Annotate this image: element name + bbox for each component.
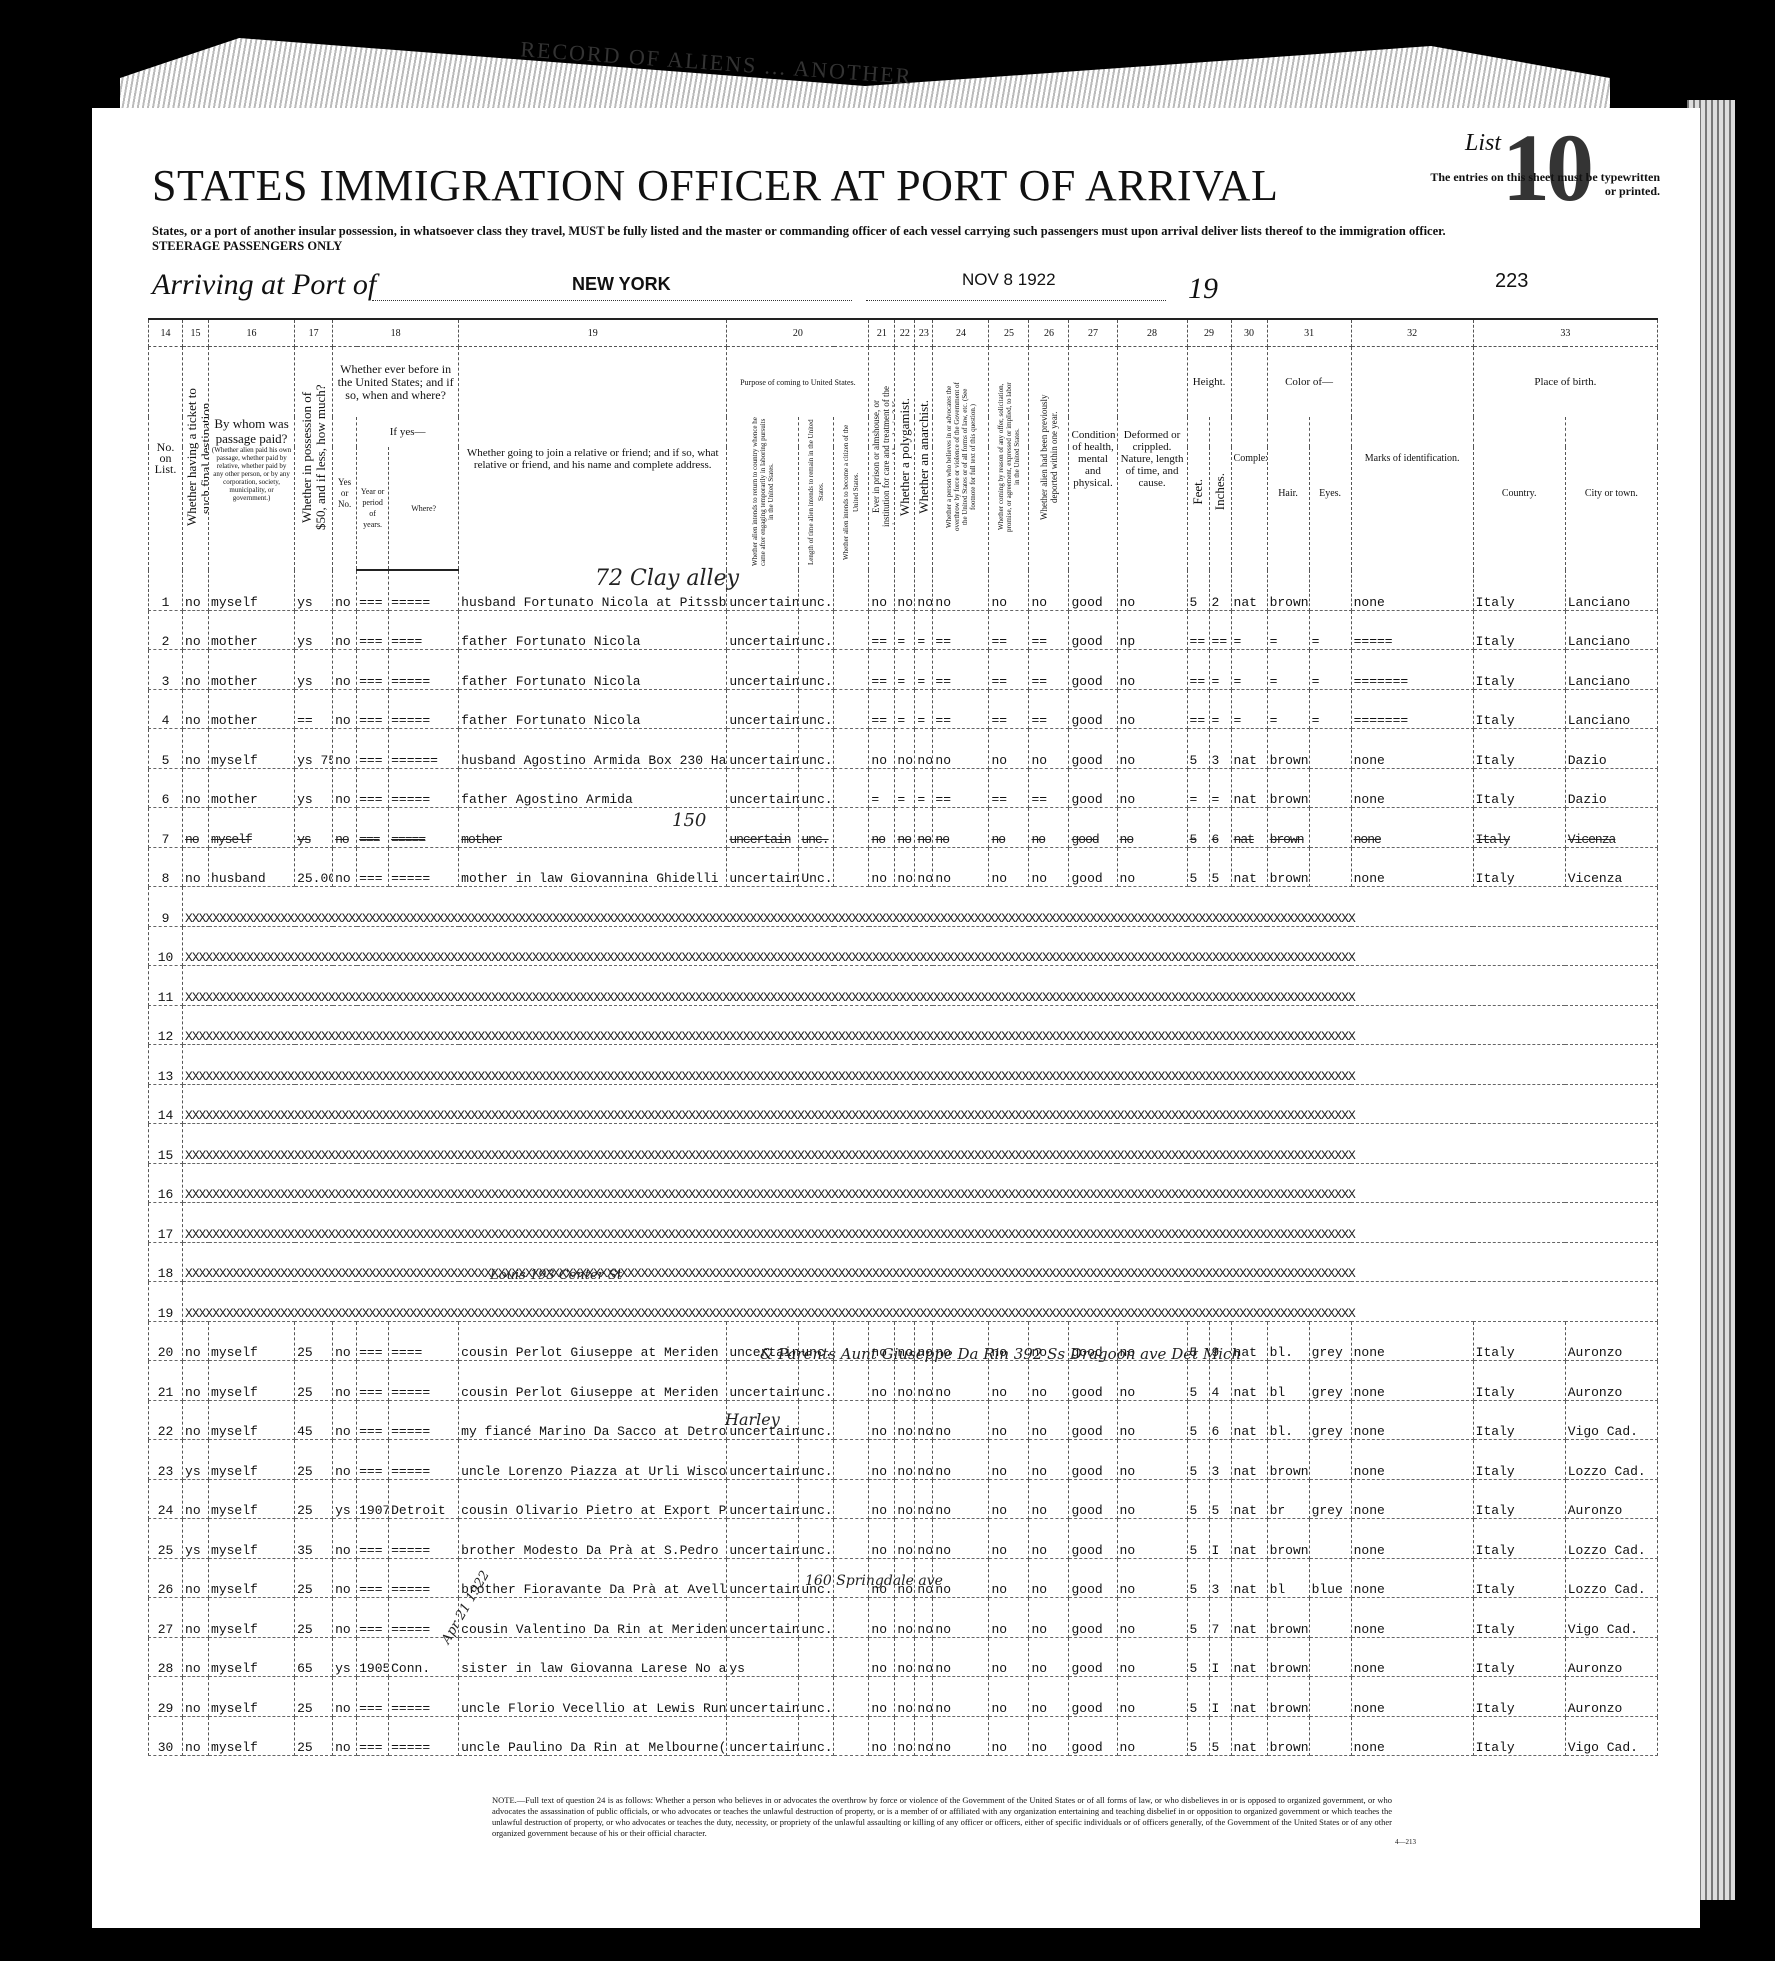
cell-eye-color: grey bbox=[1309, 1479, 1351, 1519]
cell-prison: == bbox=[869, 610, 895, 650]
cell-eye-color bbox=[1309, 1440, 1351, 1480]
cell-birth-country: Italy bbox=[1473, 808, 1565, 848]
table-row: 23ysmyself25no========uncle Lorenzo Piaz… bbox=[149, 1440, 1658, 1480]
row-number: 26 bbox=[149, 1558, 183, 1598]
cell-complexion: nat bbox=[1231, 1400, 1267, 1440]
header-length-of-stay: Length of time alien intends to remain i… bbox=[799, 417, 834, 570]
colnum-22: 22 bbox=[895, 319, 915, 347]
cell-height-feet: 5 bbox=[1187, 1637, 1209, 1677]
cell-birth-city: Lanciano bbox=[1565, 689, 1657, 729]
cell-deported: no bbox=[1029, 1519, 1069, 1559]
cell-join-relative: uncle Paulino Da Rin at Melbourne(Detroi… bbox=[459, 1716, 727, 1756]
row-number: 1 bbox=[149, 570, 183, 610]
blank-row-fill: XXXXXXXXXXXXXXXXXXXXXXXXXXXXXXXXXXXXXXXX… bbox=[183, 926, 1658, 966]
cell-join-relative: cousin Valentino Da Rin at Meriden .Conn… bbox=[459, 1598, 727, 1638]
header-deformed: Deformed or crippled. Nature, length of … bbox=[1117, 347, 1187, 571]
cell-hair-color: brown bbox=[1267, 847, 1309, 887]
cell-length-of-stay: unc. bbox=[799, 650, 834, 690]
cell-prison: no bbox=[869, 847, 895, 887]
cell-eye-color bbox=[1309, 1677, 1351, 1717]
header-before-year: Year or period of years. bbox=[357, 447, 389, 570]
blank-row-fill: XXXXXXXXXXXXXXXXXXXXXXXXXXXXXXXXXXXXXXXX… bbox=[183, 1124, 1658, 1164]
cell-eye-color bbox=[1309, 570, 1351, 610]
cell-health: good bbox=[1069, 847, 1117, 887]
cell-deported: no bbox=[1029, 1598, 1069, 1638]
cell-anarchist: = bbox=[915, 610, 933, 650]
cell-length-of-stay: unc. bbox=[799, 768, 834, 808]
cell-marks: none bbox=[1351, 1519, 1473, 1559]
cell-deformed: no bbox=[1117, 1400, 1187, 1440]
cell-complexion: = bbox=[1231, 689, 1267, 729]
cell-health: good bbox=[1069, 610, 1117, 650]
cell-passage-paid: mother bbox=[209, 650, 295, 690]
cell-anarchist: = bbox=[915, 689, 933, 729]
colnum-28: 28 bbox=[1117, 319, 1187, 347]
cell-anarchist: no bbox=[915, 1637, 933, 1677]
cell-length-of-stay: unc. bbox=[799, 1716, 834, 1756]
header-if-yes: If yes— bbox=[357, 417, 459, 447]
cell-years: === bbox=[357, 1558, 389, 1598]
cell-where: ===== bbox=[389, 1558, 459, 1598]
cell-marks: none bbox=[1351, 1637, 1473, 1677]
cell-deformed: no bbox=[1117, 570, 1187, 610]
cell-overthrow: no bbox=[933, 1637, 989, 1677]
cell-anarchist: no bbox=[915, 1677, 933, 1717]
cell-where: ===== bbox=[389, 768, 459, 808]
handwritten-note-row1: 72 Clay alley bbox=[595, 566, 739, 591]
arriving-label: Arriving at Port of bbox=[152, 268, 376, 302]
cell-join-relative: mother in law Giovannina Ghidelli Sullev… bbox=[459, 847, 727, 887]
cell-deformed: no bbox=[1117, 1716, 1187, 1756]
row-number: 5 bbox=[149, 729, 183, 769]
cell-labor-offer: no bbox=[989, 1716, 1029, 1756]
cell-height-feet: 5 bbox=[1187, 1361, 1209, 1401]
header-citizen-intent: Whether alien intends to become a citize… bbox=[834, 417, 869, 570]
cell-eye-color bbox=[1309, 847, 1351, 887]
cell-birth-country: Italy bbox=[1473, 1361, 1565, 1401]
header-before-yesno: Yes or No. bbox=[333, 417, 357, 570]
cell-birth-country: Italy bbox=[1473, 729, 1565, 769]
cell-years: === bbox=[357, 1677, 389, 1717]
cell-height-feet: 5 bbox=[1187, 1479, 1209, 1519]
cell-marks: ======= bbox=[1351, 650, 1473, 690]
cell-height-feet: 5 bbox=[1187, 1558, 1209, 1598]
cell-passage-paid: myself bbox=[209, 1400, 295, 1440]
cell-overthrow: no bbox=[933, 808, 989, 848]
cell-health: good bbox=[1069, 689, 1117, 729]
cell-deformed: no bbox=[1117, 1558, 1187, 1598]
table-row: 2nomotherysno=======father Fortunato Nic… bbox=[149, 610, 1658, 650]
cell-height-inches: == bbox=[1209, 610, 1231, 650]
cell-money: ys 75.00 bbox=[295, 729, 333, 769]
cell-birth-city: Lozzo Cad. bbox=[1565, 1558, 1657, 1598]
cell-birth-country: Italy bbox=[1473, 610, 1565, 650]
cell-overthrow: no bbox=[933, 1519, 989, 1559]
cell-citizen-intent bbox=[834, 1677, 869, 1717]
cell-citizen-intent bbox=[834, 768, 869, 808]
cell-height-inches: 3 bbox=[1209, 1558, 1231, 1598]
cell-height-inches: 2 bbox=[1209, 570, 1231, 610]
cell-hair-color: brown bbox=[1267, 808, 1309, 848]
cell-complexion: nat bbox=[1231, 1558, 1267, 1598]
cell-deformed: np bbox=[1117, 610, 1187, 650]
cell-money: 45 bbox=[295, 1400, 333, 1440]
cell-prison: no bbox=[869, 1440, 895, 1480]
cell-passage-paid: mother bbox=[209, 689, 295, 729]
cell-citizen-intent bbox=[834, 847, 869, 887]
cell-ticket: no bbox=[183, 1558, 209, 1598]
cell-health: good bbox=[1069, 1677, 1117, 1717]
cell-height-inches: 5 bbox=[1209, 1479, 1231, 1519]
cell-labor-offer: no bbox=[989, 1479, 1029, 1519]
cell-birth-city: Auronzo bbox=[1565, 1361, 1657, 1401]
header-color-of: Color of— bbox=[1267, 347, 1351, 418]
cell-passage-paid: myself bbox=[209, 1637, 295, 1677]
cell-eye-color bbox=[1309, 1598, 1351, 1638]
header-join-relative: Whether going to join a relative or frie… bbox=[459, 347, 727, 571]
header-anarchist: Whether an anarchist. bbox=[915, 347, 933, 571]
cell-deformed: no bbox=[1117, 1479, 1187, 1519]
cell-anarchist: no bbox=[915, 1400, 933, 1440]
cell-years: === bbox=[357, 847, 389, 887]
cell-where: ==== bbox=[389, 1321, 459, 1361]
cell-eye-color bbox=[1309, 768, 1351, 808]
cell-prison: no bbox=[869, 729, 895, 769]
cell-overthrow: == bbox=[933, 689, 989, 729]
cell-join-relative: cousin Perlot Giuseppe at Meriden .Conn. bbox=[459, 1321, 727, 1361]
table-row: 4nomother==no========father Fortunato Ni… bbox=[149, 689, 1658, 729]
cell-height-feet: 5 bbox=[1187, 808, 1209, 848]
cell-passage-paid: myself bbox=[209, 1677, 295, 1717]
colnum-29: 29 bbox=[1187, 319, 1231, 347]
cell-complexion: nat bbox=[1231, 847, 1267, 887]
row-number: 15 bbox=[149, 1124, 183, 1164]
colnum-20: 20 bbox=[727, 319, 869, 347]
row-number: 7 bbox=[149, 808, 183, 848]
cell-length-of-stay: unc. bbox=[799, 1598, 834, 1638]
cell-passage-paid: myself bbox=[209, 1479, 295, 1519]
colnum-19: 19 bbox=[459, 319, 727, 347]
cell-ever-before: no bbox=[333, 1440, 357, 1480]
cell-health: good bbox=[1069, 650, 1117, 690]
table-row: 3nomotherysno========father Fortunato Ni… bbox=[149, 650, 1658, 690]
cell-hair-color: = bbox=[1267, 610, 1309, 650]
cell-where: ===== bbox=[389, 689, 459, 729]
cell-deformed: no bbox=[1117, 1598, 1187, 1638]
row-number: 20 bbox=[149, 1321, 183, 1361]
cell-return-intent: uncertain bbox=[727, 1677, 799, 1717]
cell-height-inches: I bbox=[1209, 1677, 1231, 1717]
blank-row-fill: XXXXXXXXXXXXXXXXXXXXXXXXXXXXXXXXXXXXXXXX… bbox=[183, 1163, 1658, 1203]
cell-height-feet: == bbox=[1187, 689, 1209, 729]
cell-join-relative: cousin Perlot Giuseppe at Meriden Conn. bbox=[459, 1361, 727, 1401]
footnote: NOTE.—Full text of question 24 is as fol… bbox=[492, 1795, 1392, 1839]
cell-eye-color bbox=[1309, 729, 1351, 769]
cell-deformed: no bbox=[1117, 1440, 1187, 1480]
row-number: 13 bbox=[149, 1045, 183, 1085]
row-number: 19 bbox=[149, 1282, 183, 1322]
cell-citizen-intent bbox=[834, 570, 869, 610]
cell-eye-color bbox=[1309, 1637, 1351, 1677]
colnum-21: 21 bbox=[869, 319, 895, 347]
cell-money: ys bbox=[295, 808, 333, 848]
cell-eye-color: grey bbox=[1309, 1400, 1351, 1440]
cell-height-inches: = bbox=[1209, 768, 1231, 808]
cell-return-intent: uncertain bbox=[727, 768, 799, 808]
cell-citizen-intent bbox=[834, 808, 869, 848]
row-number: 8 bbox=[149, 847, 183, 887]
cell-overthrow: no bbox=[933, 1440, 989, 1480]
cell-overthrow: no bbox=[933, 1677, 989, 1717]
row-number: 18 bbox=[149, 1242, 183, 1282]
header-eyes: Eyes. bbox=[1309, 417, 1351, 570]
cell-passage-paid: myself bbox=[209, 1321, 295, 1361]
cell-birth-country: Italy bbox=[1473, 689, 1565, 729]
table-row: 27nomyself25no========cousin Valentino D… bbox=[149, 1598, 1658, 1638]
row-number: 29 bbox=[149, 1677, 183, 1717]
row-number: 11 bbox=[149, 966, 183, 1006]
cell-money: == bbox=[295, 689, 333, 729]
cell-join-relative: husband Agostino Armida Box 230 Hartford… bbox=[459, 729, 727, 769]
cell-ever-before: ys bbox=[333, 1479, 357, 1519]
row-number: 6 bbox=[149, 768, 183, 808]
header-labor-offer: Whether coming by reason of any offer, s… bbox=[989, 347, 1029, 571]
colnum-30: 30 bbox=[1231, 319, 1267, 347]
cell-hair-color: brown bbox=[1267, 1519, 1309, 1559]
cell-join-relative: father Fortunato Nicola bbox=[459, 689, 727, 729]
cell-years: === bbox=[357, 768, 389, 808]
row-number: 27 bbox=[149, 1598, 183, 1638]
cell-deformed: no bbox=[1117, 768, 1187, 808]
table-row: 21nomyself25no========cousin Perlot Gius… bbox=[149, 1361, 1658, 1401]
cell-prison: no bbox=[869, 1598, 895, 1638]
header-health: Condition of health, mental and physical… bbox=[1069, 347, 1117, 571]
cell-ticket: no bbox=[183, 1400, 209, 1440]
cell-citizen-intent bbox=[834, 1400, 869, 1440]
cell-height-inches: 5 bbox=[1209, 847, 1231, 887]
cell-ever-before: no bbox=[333, 610, 357, 650]
colnum-31: 31 bbox=[1267, 319, 1351, 347]
cell-polygamist: no bbox=[895, 1598, 915, 1638]
cell-birth-city: Vigo Cad. bbox=[1565, 1400, 1657, 1440]
cell-prison: no bbox=[869, 1677, 895, 1717]
cell-anarchist: no bbox=[915, 1479, 933, 1519]
port-underline bbox=[372, 300, 852, 301]
cell-citizen-intent bbox=[834, 689, 869, 729]
cell-hair-color: bl. bbox=[1267, 1321, 1309, 1361]
cell-health: good bbox=[1069, 768, 1117, 808]
cell-complexion: nat bbox=[1231, 808, 1267, 848]
cell-ticket: no bbox=[183, 610, 209, 650]
cell-polygamist: no bbox=[895, 808, 915, 848]
cell-polygamist: = bbox=[895, 650, 915, 690]
cell-marks: none bbox=[1351, 1677, 1473, 1717]
cell-years: === bbox=[357, 1598, 389, 1638]
cell-polygamist: no bbox=[895, 729, 915, 769]
cell-return-intent: uncertain bbox=[727, 1598, 799, 1638]
cell-deported: == bbox=[1029, 689, 1069, 729]
cell-height-feet: 5 bbox=[1187, 847, 1209, 887]
header-deported: Whether alien had been previously deport… bbox=[1029, 347, 1069, 571]
cell-hair-color: = bbox=[1267, 689, 1309, 729]
row-number: 28 bbox=[149, 1637, 183, 1677]
cell-complexion: nat bbox=[1231, 729, 1267, 769]
list-number-stamp: 10 bbox=[1502, 120, 1590, 216]
cell-eye-color bbox=[1309, 1519, 1351, 1559]
cell-money: 25 bbox=[295, 1677, 333, 1717]
cell-citizen-intent bbox=[834, 650, 869, 690]
cell-years: === bbox=[357, 610, 389, 650]
header-money: Whether in possession of $50, and if les… bbox=[295, 347, 333, 571]
cell-passage-paid: myself bbox=[209, 1361, 295, 1401]
cell-health: good bbox=[1069, 1637, 1117, 1677]
cell-years: === bbox=[357, 1519, 389, 1559]
cell-hair-color: brown bbox=[1267, 1677, 1309, 1717]
cell-where: ===== bbox=[389, 1716, 459, 1756]
table-row: 17XXXXXXXXXXXXXXXXXXXXXXXXXXXXXXXXXXXXXX… bbox=[149, 1203, 1658, 1243]
cell-overthrow: no bbox=[933, 1716, 989, 1756]
cell-anarchist: = bbox=[915, 768, 933, 808]
cell-marks: none bbox=[1351, 729, 1473, 769]
cell-length-of-stay: unc. bbox=[799, 610, 834, 650]
table-row: 8nohusband25.00no========mother in law G… bbox=[149, 847, 1658, 887]
cell-where: ====== bbox=[389, 729, 459, 769]
list-label: List bbox=[1465, 130, 1501, 157]
cell-ever-before: no bbox=[333, 650, 357, 690]
cell-return-intent: uncertain bbox=[727, 1479, 799, 1519]
cell-return-intent: uncertain bbox=[727, 729, 799, 769]
cell-ticket: no bbox=[183, 650, 209, 690]
table-row: 5nomyselfys 75.00no=========husband Agos… bbox=[149, 729, 1658, 769]
cell-polygamist: = bbox=[895, 768, 915, 808]
row-number: 9 bbox=[149, 887, 183, 927]
handwritten-note-row21: & Parents Aunt Giuseppe Da Rin 392 Ss Dr… bbox=[760, 1345, 1241, 1363]
cell-polygamist: no bbox=[895, 1677, 915, 1717]
cell-labor-offer: no bbox=[989, 1400, 1029, 1440]
cell-eye-color bbox=[1309, 1716, 1351, 1756]
table-row: 22nomyself45no========my fiancé Marino D… bbox=[149, 1400, 1658, 1440]
cell-birth-city: Vicenza bbox=[1565, 847, 1657, 887]
cell-money: 25 bbox=[295, 1321, 333, 1361]
cell-birth-country: Italy bbox=[1473, 570, 1565, 610]
cell-years: === bbox=[357, 1716, 389, 1756]
cell-birth-city: Vicenza bbox=[1565, 808, 1657, 848]
row-number: 17 bbox=[149, 1203, 183, 1243]
colnum-27: 27 bbox=[1069, 319, 1117, 347]
cell-citizen-intent bbox=[834, 1361, 869, 1401]
cell-complexion: nat bbox=[1231, 1519, 1267, 1559]
subtitle: States, or a port of another insular pos… bbox=[152, 224, 1446, 254]
handwritten-note-row22: Harley bbox=[725, 1410, 780, 1429]
cell-money: 25 bbox=[295, 1440, 333, 1480]
cell-complexion: = bbox=[1231, 610, 1267, 650]
cell-ticket: no bbox=[183, 689, 209, 729]
blank-row-fill: XXXXXXXXXXXXXXXXXXXXXXXXXXXXXXXXXXXXXXXX… bbox=[183, 1282, 1658, 1322]
cell-years: === bbox=[357, 808, 389, 848]
cell-citizen-intent bbox=[834, 1440, 869, 1480]
row-number: 3 bbox=[149, 650, 183, 690]
handwritten-note-row20: Louis 193 Center St bbox=[490, 1268, 622, 1283]
cell-polygamist: no bbox=[895, 1400, 915, 1440]
cell-ticket: ys bbox=[183, 1440, 209, 1480]
cell-ticket: no bbox=[183, 808, 209, 848]
header-place-of-birth: Place of birth. bbox=[1473, 347, 1657, 418]
cell-marks: ===== bbox=[1351, 610, 1473, 650]
cell-citizen-intent bbox=[834, 610, 869, 650]
cell-birth-country: Italy bbox=[1473, 1637, 1565, 1677]
cell-return-intent: uncertain bbox=[727, 1716, 799, 1756]
cell-deported: no bbox=[1029, 1440, 1069, 1480]
cell-overthrow: no bbox=[933, 1479, 989, 1519]
cell-join-relative: father Fortunato Nicola bbox=[459, 610, 727, 650]
cell-birth-city: Lanciano bbox=[1565, 570, 1657, 610]
cell-birth-country: Italy bbox=[1473, 650, 1565, 690]
cell-height-inches: I bbox=[1209, 1519, 1231, 1559]
cell-labor-offer: no bbox=[989, 1440, 1029, 1480]
cell-years: === bbox=[357, 729, 389, 769]
cell-length-of-stay: unc. bbox=[799, 570, 834, 610]
cell-height-feet: 5 bbox=[1187, 1677, 1209, 1717]
cell-deported: no bbox=[1029, 1400, 1069, 1440]
colnum-15: 15 bbox=[183, 319, 209, 347]
cell-citizen-intent bbox=[834, 1637, 869, 1677]
cell-height-feet: = bbox=[1187, 768, 1209, 808]
handwritten-note-row27: 160 Springdale ave bbox=[805, 1573, 943, 1589]
cell-length-of-stay: unc. bbox=[799, 1361, 834, 1401]
cell-ever-before: no bbox=[333, 729, 357, 769]
table-row: 28nomyself65ys1905 ==== 1922Conn.sister … bbox=[149, 1637, 1658, 1677]
cell-height-feet: 5 bbox=[1187, 1440, 1209, 1480]
table-row: 10XXXXXXXXXXXXXXXXXXXXXXXXXXXXXXXXXXXXXX… bbox=[149, 926, 1658, 966]
cell-birth-country: Italy bbox=[1473, 1558, 1565, 1598]
cell-labor-offer: no bbox=[989, 1558, 1029, 1598]
cell-height-inches: 4 bbox=[1209, 1361, 1231, 1401]
cell-return-intent: uncertain bbox=[727, 689, 799, 729]
colnum-32: 32 bbox=[1351, 319, 1473, 347]
cell-height-feet: 5 bbox=[1187, 1400, 1209, 1440]
cell-join-relative: father Agostino Armida bbox=[459, 768, 727, 808]
cell-labor-offer: == bbox=[989, 610, 1029, 650]
cell-join-relative: father Fortunato Nicola bbox=[459, 650, 727, 690]
cell-labor-offer: no bbox=[989, 1637, 1029, 1677]
cell-where: ===== bbox=[389, 1361, 459, 1401]
cell-height-feet: 5 bbox=[1187, 729, 1209, 769]
cell-length-of-stay: Unc. bbox=[799, 847, 834, 887]
colnum-16: 16 bbox=[209, 319, 295, 347]
cell-marks: none bbox=[1351, 847, 1473, 887]
cell-polygamist: = bbox=[895, 610, 915, 650]
cell-eye-color: blue bbox=[1309, 1558, 1351, 1598]
header-inches: Inches. bbox=[1209, 417, 1231, 570]
cell-deported: no bbox=[1029, 1479, 1069, 1519]
cell-eye-color: grey bbox=[1309, 1321, 1351, 1361]
table-row: 12XXXXXXXXXXXXXXXXXXXXXXXXXXXXXXXXXXXXXX… bbox=[149, 1005, 1658, 1045]
cell-passage-paid: myself bbox=[209, 808, 295, 848]
header-country: Country. bbox=[1473, 417, 1565, 570]
cell-labor-offer: no bbox=[989, 1361, 1029, 1401]
blank-row-fill: XXXXXXXXXXXXXXXXXXXXXXXXXXXXXXXXXXXXXXXX… bbox=[183, 887, 1658, 927]
cell-prison: no bbox=[869, 1716, 895, 1756]
cell-anarchist: no bbox=[915, 847, 933, 887]
row-number: 10 bbox=[149, 926, 183, 966]
cell-marks: none bbox=[1351, 768, 1473, 808]
row-number: 30 bbox=[149, 1716, 183, 1756]
cell-length-of-stay: unc. bbox=[799, 1519, 834, 1559]
header-return-intent: Whether alien intends to return to count… bbox=[727, 417, 799, 570]
cell-anarchist: no bbox=[915, 1716, 933, 1756]
cell-length-of-stay bbox=[799, 1637, 834, 1677]
cell-deported: == bbox=[1029, 610, 1069, 650]
